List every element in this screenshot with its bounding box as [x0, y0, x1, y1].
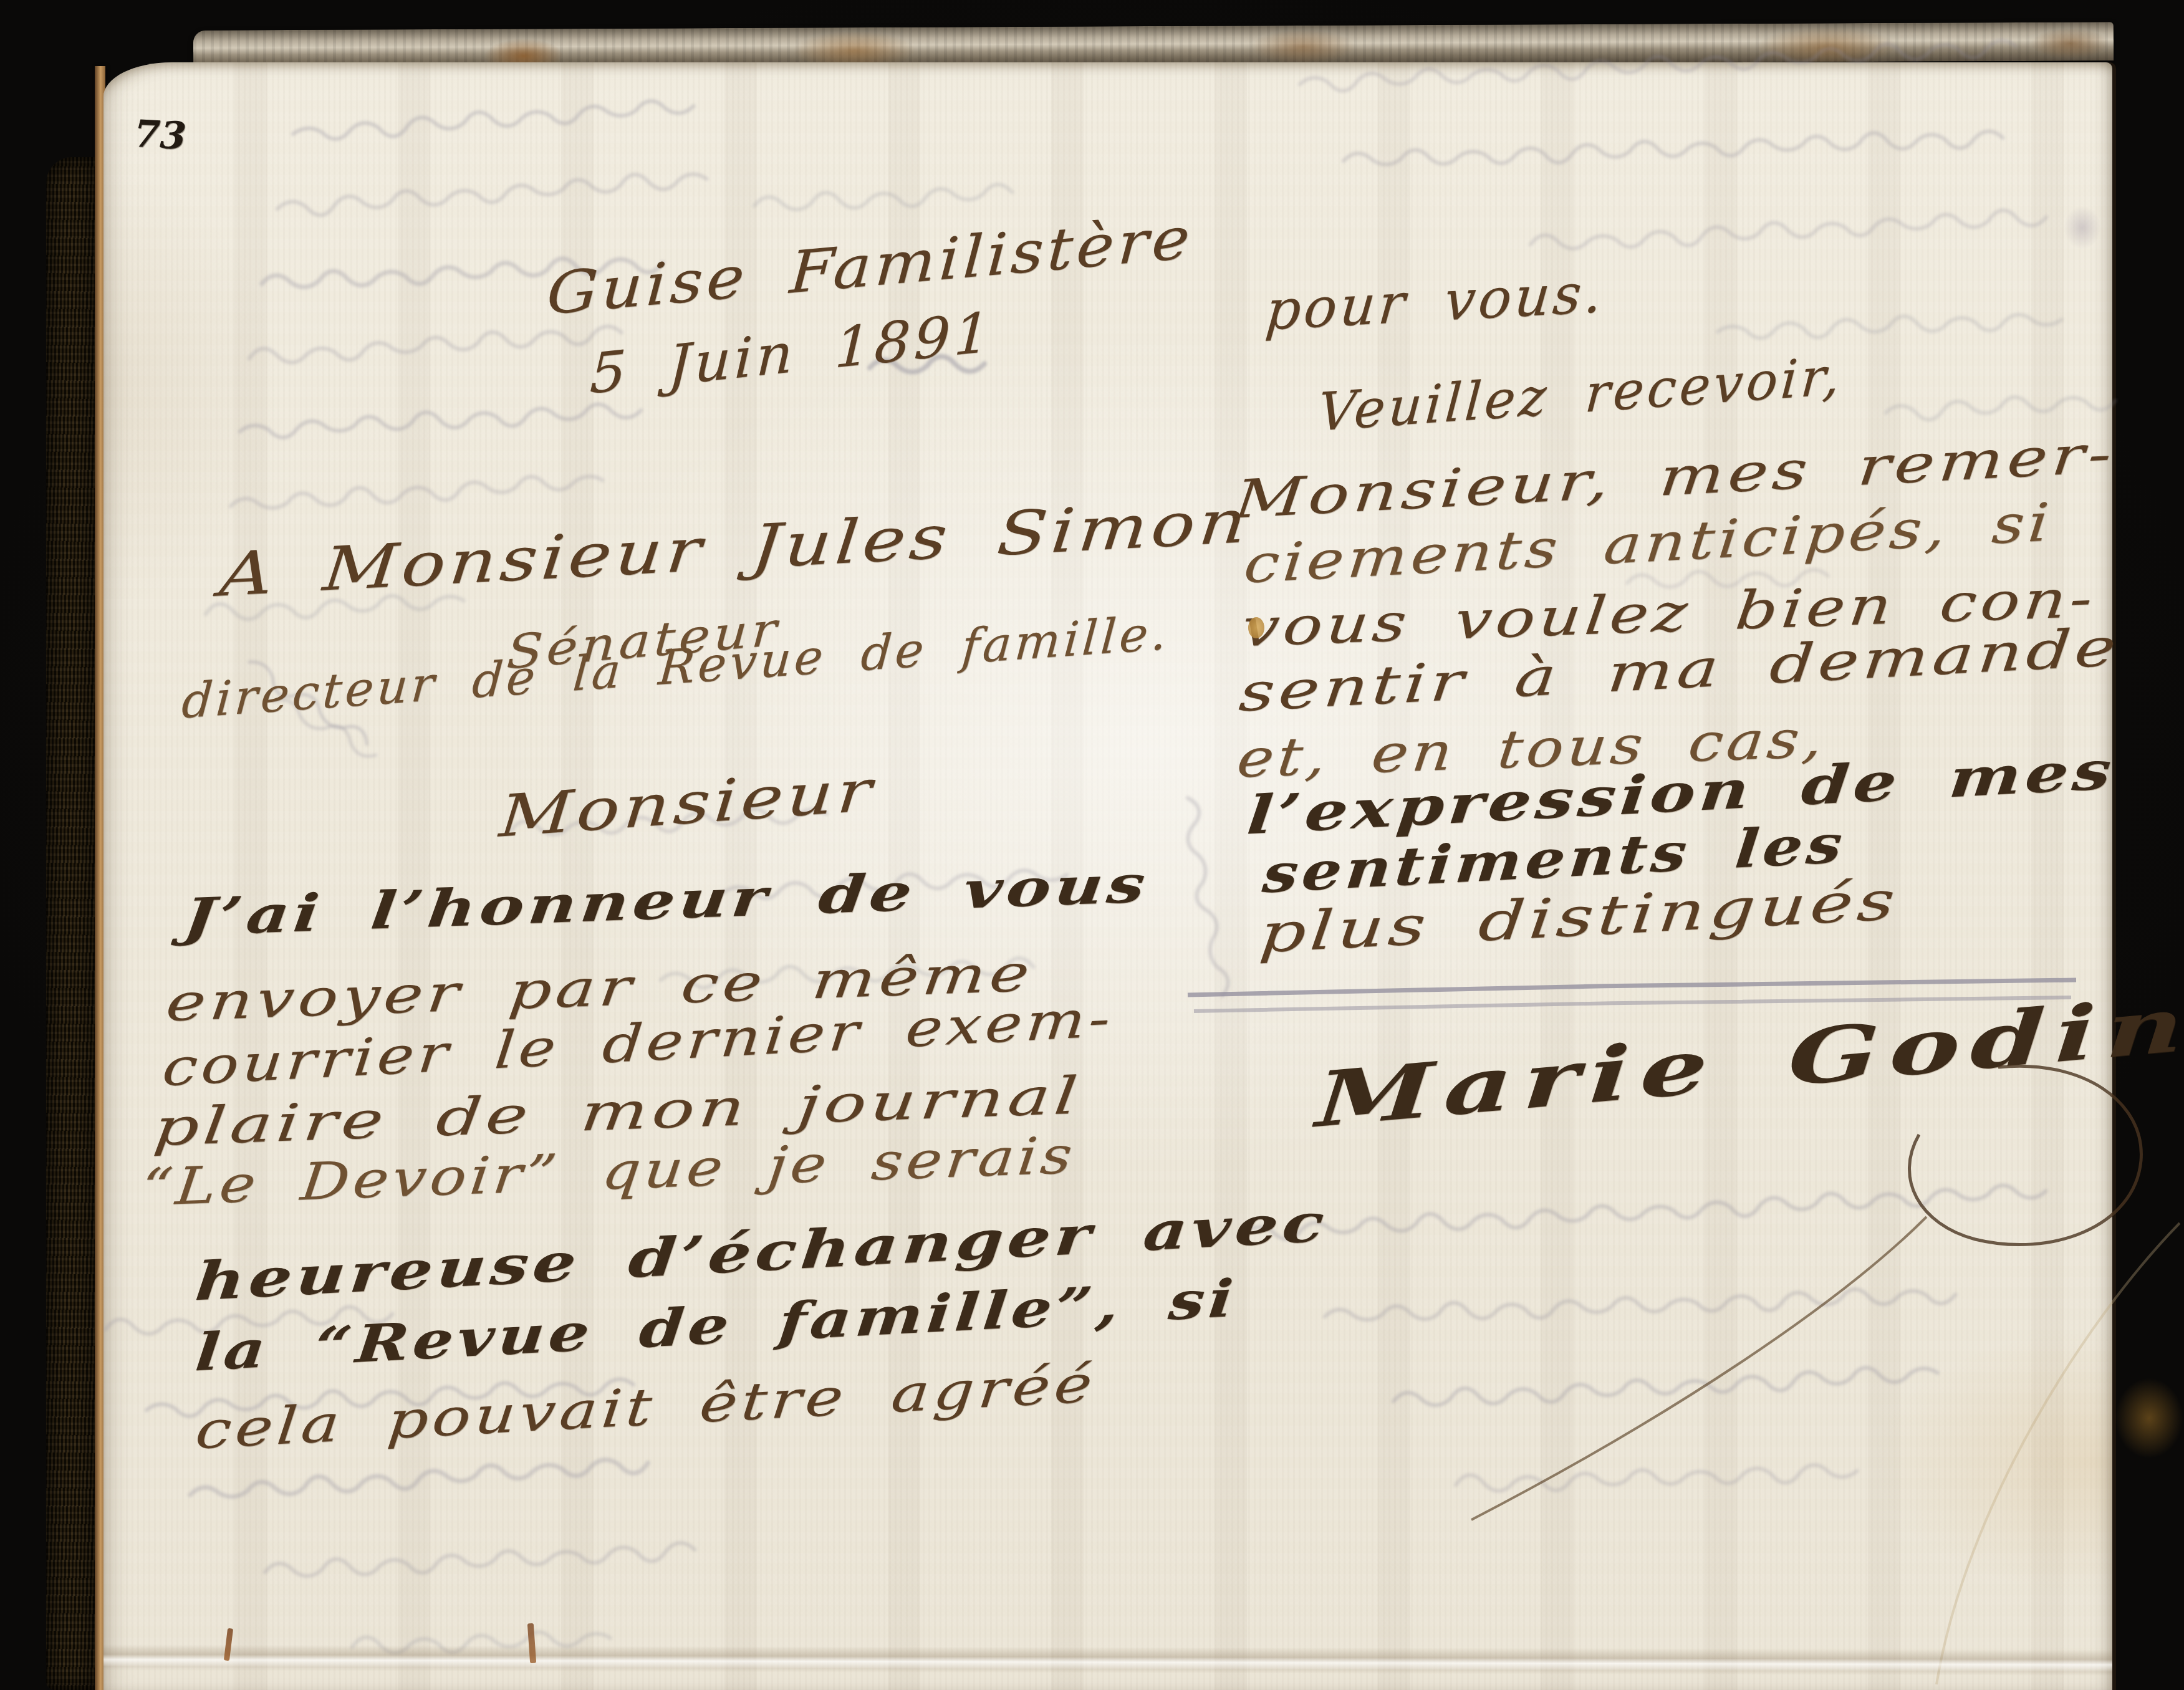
book-binding-cloth [46, 157, 96, 1690]
fold-crease [103, 1644, 2112, 1676]
page-number-stamp: 73 [133, 112, 187, 158]
stain [2064, 206, 2101, 249]
photo-of-notebook: 73 Guise Familistère 5 Juin 1891 A Monsi… [0, 0, 2184, 1690]
stain [1248, 617, 1264, 638]
stain [2115, 1378, 2183, 1459]
